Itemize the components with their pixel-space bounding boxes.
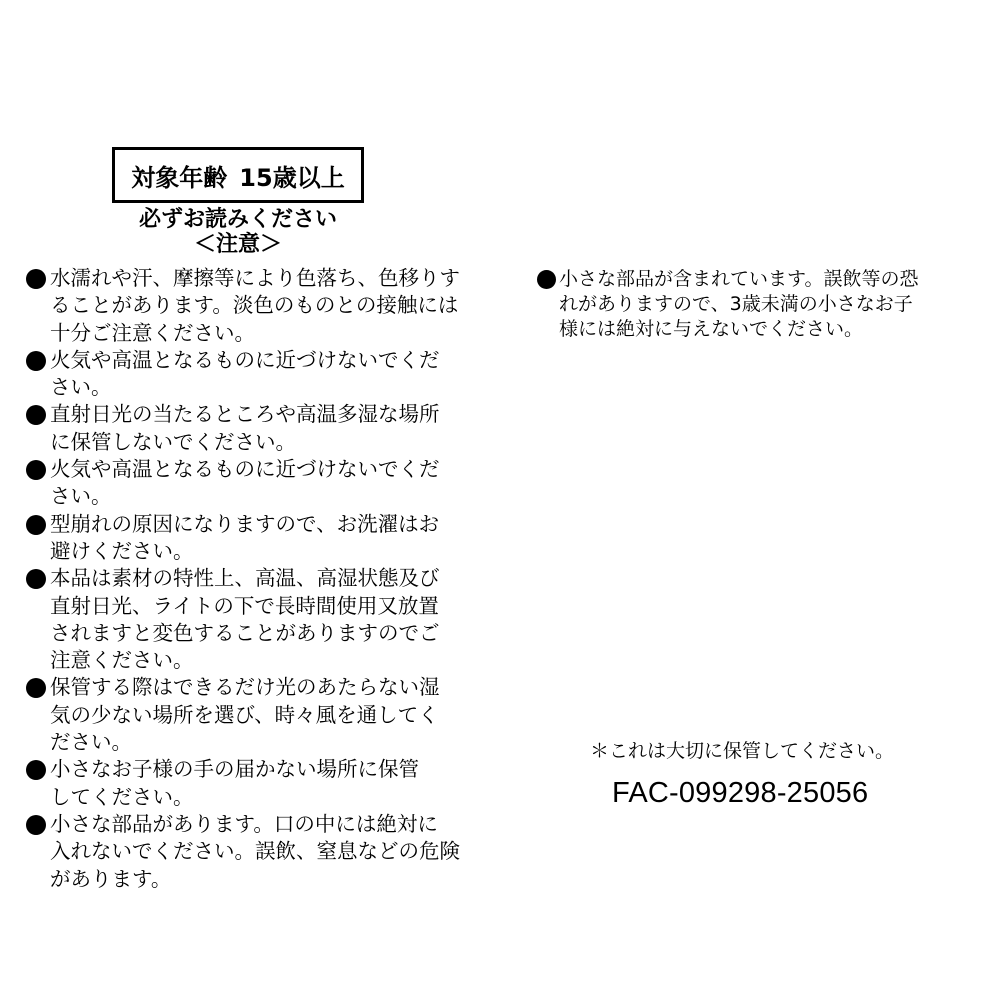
product-code: FAC-099298-25056 <box>612 776 868 810</box>
bullet-icon <box>26 405 46 425</box>
warning-item: 火気や高温となるものに近づけないでくだ さい。 <box>26 347 466 402</box>
bullet-icon <box>26 269 46 289</box>
right-warning-list: 小さな部品が含まれています。誤飲等の恐 れがありますので、3歳未満の小さなお子 … <box>537 267 917 342</box>
caution-heading: ＜注意＞ <box>112 232 364 258</box>
must-read-heading: 必ずお読みください <box>112 207 364 233</box>
bullet-icon <box>26 678 46 698</box>
bullet-icon <box>26 815 46 835</box>
warning-item: 小さな部品があります。口の中には絶対に 入れないでください。誤飲、窒息などの危険… <box>26 811 466 893</box>
warning-item: 小さなお子様の手の届かない場所に保管 してください。 <box>26 756 466 811</box>
bullet-icon <box>26 515 46 535</box>
bullet-icon <box>26 569 46 589</box>
bullet-icon <box>26 351 46 371</box>
target-age-prefix: 対象年齢 <box>131 158 227 193</box>
warning-item: 火気や高温となるものに近づけないでくだ さい。 <box>26 456 466 511</box>
bullet-icon <box>537 270 556 289</box>
left-warning-list: 水濡れや汗、摩擦等により色落ち、色移りす ることがあります。淡色のものとの接触に… <box>26 265 466 893</box>
warning-item: 直射日光の当たるところや高温多湿な場所 に保管しないでください。 <box>26 401 466 456</box>
warning-item: 本品は素材の特性上、高温、高湿状態及び 直射日光、ライトの下で長時間使用又放置 … <box>26 565 466 674</box>
warning-item: 型崩れの原因になりますので、お洗濯はお 避けください。 <box>26 511 466 566</box>
warning-item: 小さな部品が含まれています。誤飲等の恐 れがありますので、3歳未満の小さなお子 … <box>537 267 917 342</box>
warning-item: 保管する際はできるだけ光のあたらない湿 気の少ない場所を選び、時々風を通してく … <box>26 674 466 756</box>
warning-item: 水濡れや汗、摩擦等により色落ち、色移りす ることがあります。淡色のものとの接触に… <box>26 265 466 347</box>
bullet-icon <box>26 460 46 480</box>
keep-note: ＊これは大切に保管してください。 <box>590 738 894 764</box>
target-age-value: 15歳以上 <box>239 158 344 193</box>
target-age-label: 対象年齢 15歳以上 <box>112 147 364 203</box>
bullet-icon <box>26 760 46 780</box>
